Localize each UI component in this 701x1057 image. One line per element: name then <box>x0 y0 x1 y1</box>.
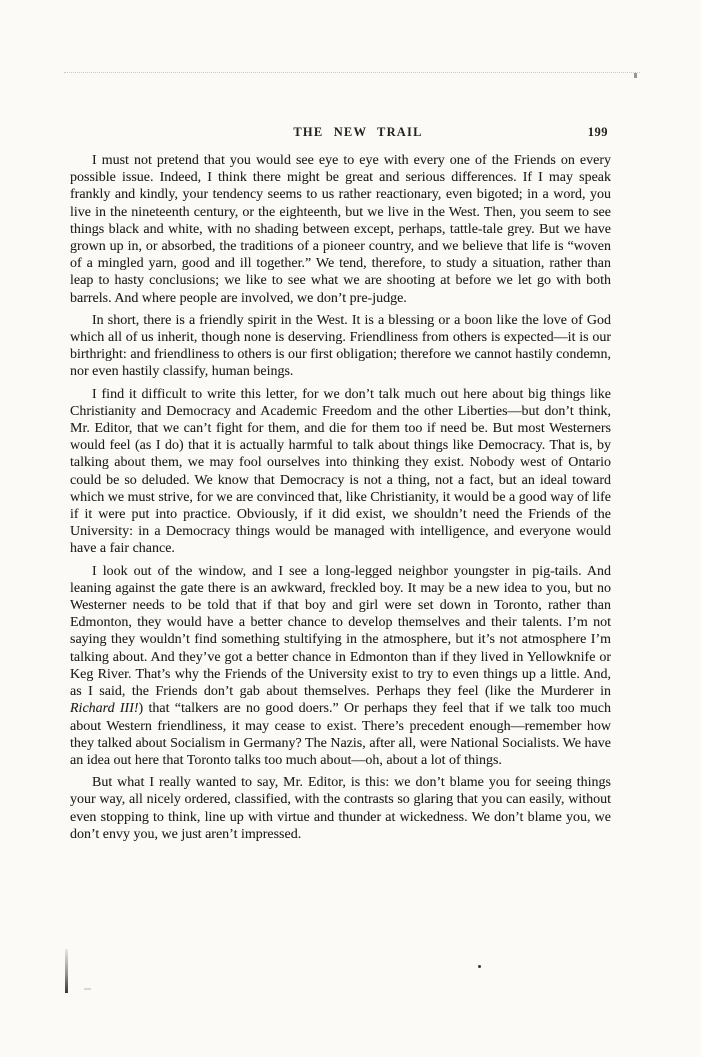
page-number: 199 <box>588 125 608 140</box>
paragraph-text: ) that “talkers are no good doers.” Or p… <box>70 701 611 768</box>
scan-artifact-smudge <box>65 949 68 993</box>
paragraph-text: I look out of the window, and I see a lo… <box>70 564 611 699</box>
paragraph-text: I find it difficult to write this letter… <box>70 387 611 557</box>
scan-artifact-dot <box>478 965 481 968</box>
paragraph-text: In short, there is a friendly spirit in … <box>70 313 611 380</box>
page-header: THE NEW TRAIL 199 <box>70 125 610 141</box>
page-body: I must not pretend that you would see ey… <box>70 152 611 843</box>
paragraph: But what I really wanted to say, Mr. Edi… <box>70 774 611 843</box>
paragraph-text: I must not pretend that you would see ey… <box>70 153 611 306</box>
paragraph: I find it difficult to write this letter… <box>70 386 611 558</box>
document-page: THE NEW TRAIL 199 I must not pretend tha… <box>0 0 701 1057</box>
paragraph-text: But what I really wanted to say, Mr. Edi… <box>70 775 611 842</box>
scan-artifact-dots-small <box>84 988 91 990</box>
paragraph: I must not pretend that you would see ey… <box>70 152 611 307</box>
italic-work-title: Richard III! <box>70 701 139 716</box>
scan-artifact-top-line <box>64 72 640 73</box>
scan-artifact-speck <box>634 73 637 78</box>
paragraph: I look out of the window, and I see a lo… <box>70 563 611 769</box>
running-title: THE NEW TRAIL <box>293 125 422 140</box>
paragraph: In short, there is a friendly spirit in … <box>70 312 611 381</box>
